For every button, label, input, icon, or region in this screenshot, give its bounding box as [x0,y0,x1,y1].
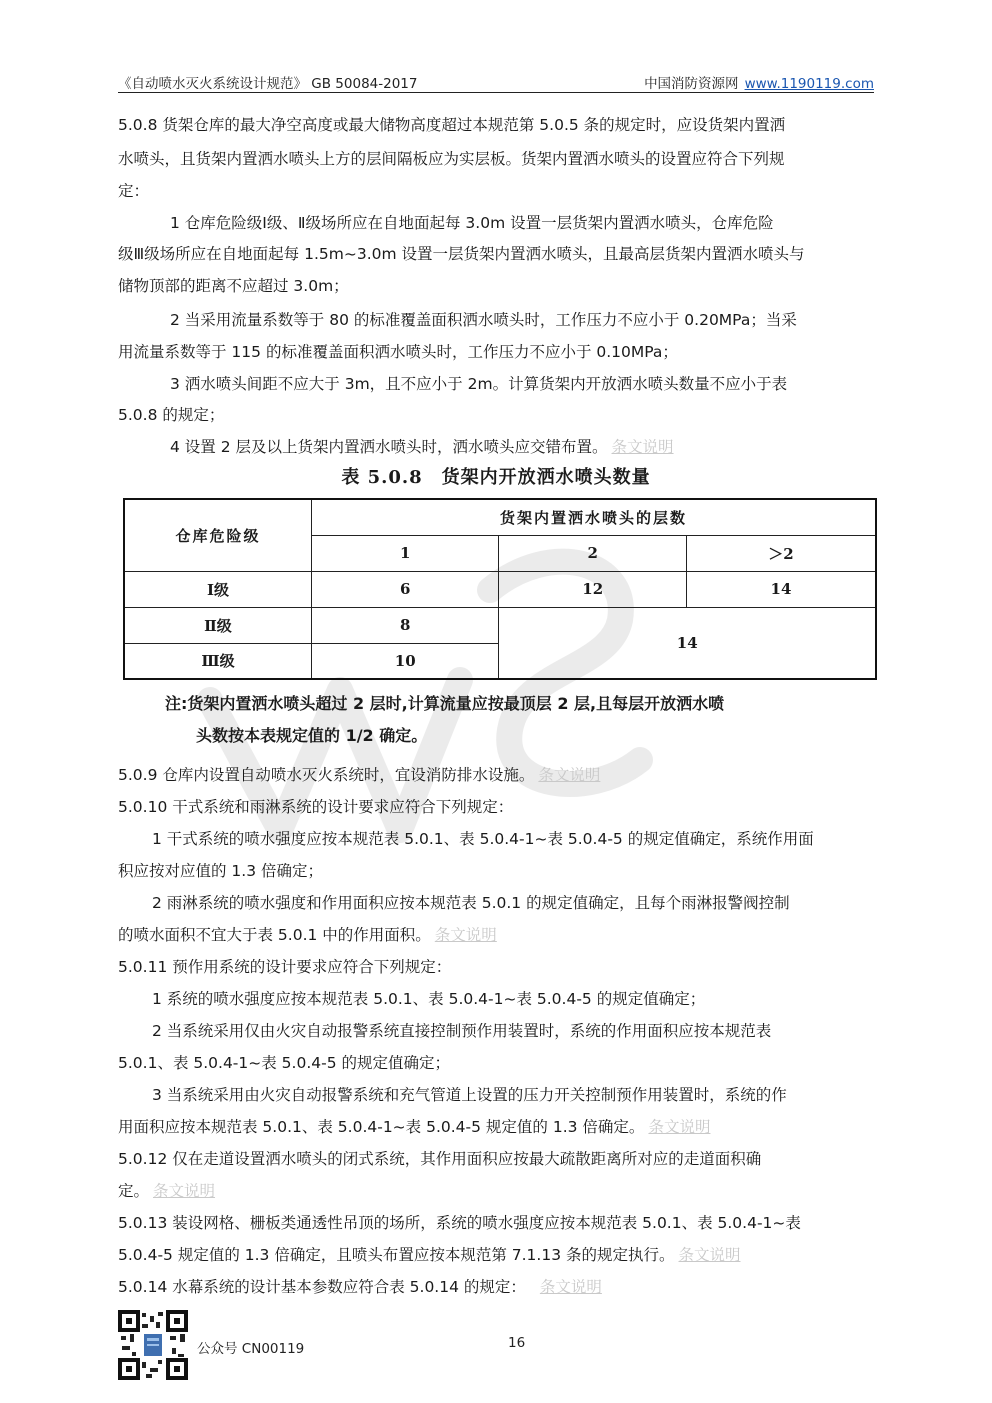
clause-509: 5.0.9 仓库内设置自动喷水灭火系统时，宜设消防排水设施。条文说明 [118,765,600,785]
clause-508-item2: 2 当采用流量系数等于 80 的标准覆盖面积洒水喷头时，工作压力不应小于 0.2… [170,310,797,330]
clause-5010-item2: 2 雨淋系统的喷水强度和作用面积应按本规范表 5.0.1 的规定值确定，且每个雨… [152,893,790,913]
clause-5012: 定。条文说明 [118,1181,215,1201]
explain-link[interactable]: 条文说明 [678,1246,740,1264]
clause-5010-item1: 1 干式系统的喷水强度应按本规范表 5.0.1、表 5.0.4-1~表 5.0.… [152,829,814,849]
table-cell: 12 [499,571,687,607]
clause-5014-text: 5.0.14 水幕系统的设计基本参数应符合表 5.0.14 的规定： [118,1278,526,1296]
table-caption: 表 5.0.8 货架内开放洒水喷头数量 [0,463,992,489]
clause-5011-item2: 2 当系统采用仅由火灾自动报警系统直接控制预作用装置时，系统的作用面积应按本规范… [152,1021,771,1041]
group-header-cell: 货架内置洒水喷头的层数 [311,499,876,535]
page-header: 《自动喷水灭火系统设计规范》 GB 50084-2017 中国消防资源网www.… [118,70,874,93]
clause-5014: 5.0.14 水幕系统的设计基本参数应符合表 5.0.14 的规定：条文说明 [118,1277,602,1297]
doc-title: 《自动喷水灭火系统设计规范》 GB 50084-2017 [118,72,417,92]
item4-text: 4 设置 2 层及以上货架内置洒水喷头时，洒水喷头应交错布置。 [170,438,608,456]
hazard-level: Ⅰ级 [124,571,311,607]
clause-5010-title: 5.0.10 干式系统和雨淋系统的设计要求应符合下列规定： [118,797,513,817]
table-cell: 8 [311,607,499,643]
explain-link[interactable]: 条文说明 [540,1278,602,1296]
clause-5011-item3-text: 用面积应按本规范表 5.0.1、表 5.0.4-1~表 5.0.4-5 规定值的… [118,1118,644,1136]
column-header: 1 [311,535,499,571]
clause-508-item1: 储物顶部的距离不应超过 3.0m； [118,276,349,296]
clause-5012: 5.0.12 仅在走道设置洒水喷头的闭式系统，其作用面积应按最大疏散距离所对应的… [118,1149,761,1169]
table-note: 头数按本表规定值的 1/2 确定。 [196,725,427,747]
wechat-account: 公众号 CN00119 [197,1337,304,1357]
clause-5013: 5.0.4-5 规定值的 1.3 倍确定，且喷头布置应按本规范第 7.1.13 … [118,1245,741,1265]
clause-508-item1: 级Ⅲ级场所应在自地面起每 1.5m~3.0m 设置一层货架内置洒水喷头，且最高层… [118,244,805,264]
clause-508-item2: 用流量系数等于 115 的标准覆盖面积洒水喷头时，工作压力不应小于 0.10MP… [118,342,678,362]
explain-link[interactable]: 条文说明 [435,926,497,944]
column-header: ＞2 [686,535,876,571]
clause-5013-text: 5.0.4-5 规定值的 1.3 倍确定，且喷头布置应按本规范第 7.1.13 … [118,1246,674,1264]
clause-508-line: 定： [118,181,149,201]
clause-5010-item2: 的喷水面积不宜大于表 5.0.1 中的作用面积。条文说明 [118,925,497,945]
page-number: 16 [508,1335,525,1351]
table-cell: 6 [311,571,499,607]
clause-5012-text: 定。 [118,1182,149,1200]
row-header-cell: 仓库危险级 [124,499,311,571]
site-name: 中国消防资源网 [644,76,739,92]
clause-508-line: 5.0.8 货架仓库的最大净空高度或最大储物高度超过本规范第 5.0.5 条的规… [118,115,785,135]
table-row: Ⅰ级 6 12 14 [124,571,876,607]
hazard-level: Ⅱ级 [124,607,311,643]
clause-508-item1: 1 仓库危险级Ⅰ级、Ⅱ级场所应在自地面起每 3.0m 设置一层货架内置洒水喷头，… [170,213,774,233]
table-note: 注:货架内置洒水喷头超过 2 层时,计算流量应按最顶层 2 层,且每层开放洒水喷 [165,693,724,715]
merged-table-cell: 14 [499,607,876,679]
site-info: 中国消防资源网www.1190119.com [644,72,874,92]
site-url-link[interactable]: www.1190119.com [745,76,874,92]
clause-5011-item3: 用面积应按本规范表 5.0.1、表 5.0.4-1~表 5.0.4-5 规定值的… [118,1117,710,1137]
explain-link[interactable]: 条文说明 [612,438,674,456]
sprinkler-count-table: 仓库危险级 货架内置洒水喷头的层数 1 2 ＞2 Ⅰ级 6 12 14 Ⅱ级 8… [123,498,877,680]
clause-508-item4: 4 设置 2 层及以上货架内置洒水喷头时，洒水喷头应交错布置。条文说明 [170,437,674,457]
explain-link[interactable]: 条文说明 [538,766,600,784]
column-header: 2 [499,535,687,571]
clause-509-text: 5.0.9 仓库内设置自动喷水灭火系统时，宜设消防排水设施。 [118,766,534,784]
explain-link[interactable]: 条文说明 [648,1118,710,1136]
clause-508-line: 水喷头，且货架内置洒水喷头上方的层间隔板应为实层板。货架内置洒水喷头的设置应符合… [118,149,785,169]
clause-5011-title: 5.0.11 预作用系统的设计要求应符合下列规定： [118,957,451,977]
explain-link[interactable]: 条文说明 [153,1182,215,1200]
table-cell: 10 [311,643,499,679]
clause-5010-item2-text: 的喷水面积不宜大于表 5.0.1 中的作用面积。 [118,926,431,944]
clause-5011-item2: 5.0.1、表 5.0.4-1~表 5.0.4-5 的规定值确定； [118,1053,450,1073]
clause-5010-item1: 积应按对应值的 1.3 倍确定； [118,861,323,881]
qr-code-icon [118,1310,188,1380]
clause-508-item3: 3 洒水喷头间距不应大于 3m，且不应小于 2m。计算货架内开放洒水喷头数量不应… [170,374,787,394]
clause-508-item3: 5.0.8 的规定； [118,405,224,425]
clause-5011-item1: 1 系统的喷水强度应按本规范表 5.0.1、表 5.0.4-1~表 5.0.4-… [152,989,705,1009]
table-row: Ⅱ级 8 14 [124,607,876,643]
clause-5013: 5.0.13 装设网格、栅板类通透性吊顶的场所，系统的喷水强度应按本规范表 5.… [118,1213,801,1233]
clause-5011-item3: 3 当系统采用由火灾自动报警系统和充气管道上设置的压力开关控制预作用装置时，系统… [152,1085,787,1105]
hazard-level: Ⅲ级 [124,643,311,679]
table-cell: 14 [686,571,876,607]
